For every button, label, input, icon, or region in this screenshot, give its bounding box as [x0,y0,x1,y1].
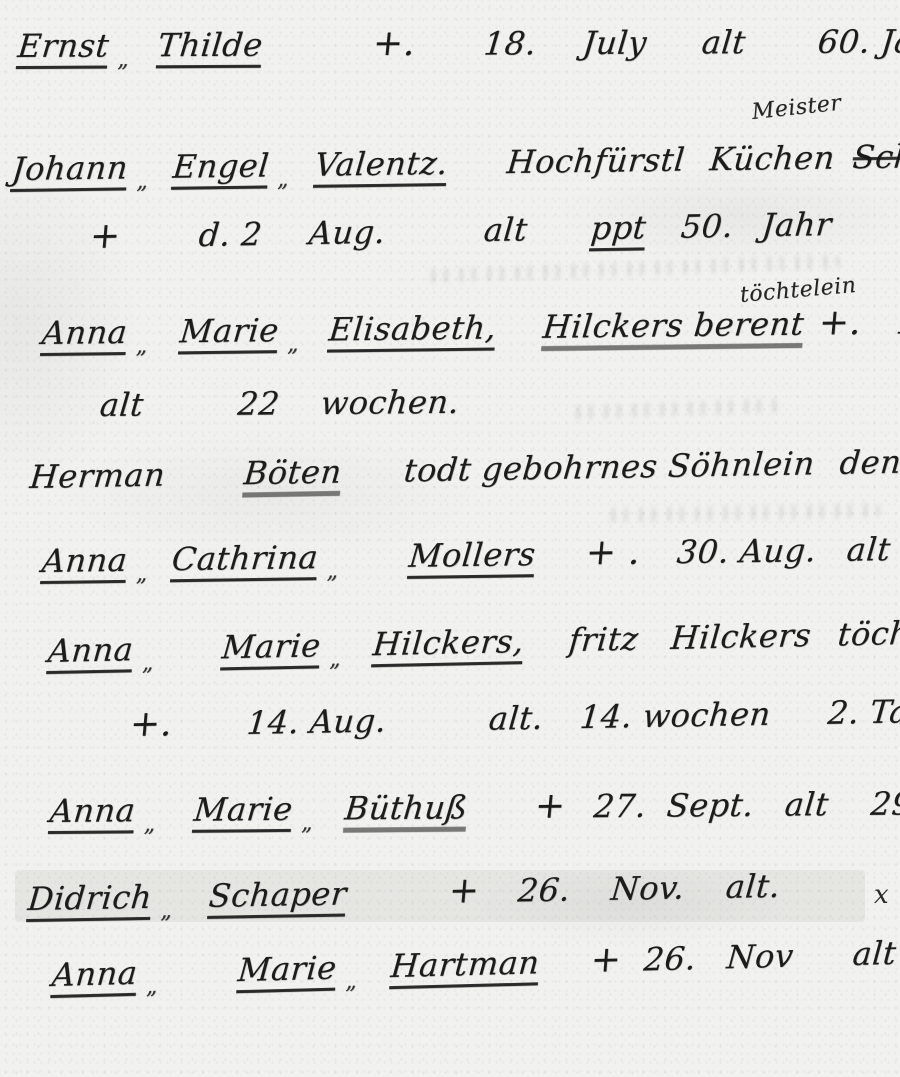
ditto-mark: „ [143,812,155,837]
death-cross: +. [817,302,863,344]
word: Nov [725,937,795,977]
word: 30. Aug. [676,531,819,571]
name-word: Mollers [407,535,537,575]
death-cross: + [88,215,122,257]
register-line: Anna„ Cathrina„ Mollers + . 30. Aug. alt… [42,526,900,581]
name-word: Hilckers, [372,622,526,663]
word: 60. Jahr [816,22,900,61]
ditto-mark: „ [287,332,299,357]
word: töchtelein [837,612,900,654]
register-line: Herman Böten todt gebohrnes Söhnlein den… [30,440,900,496]
name-word: Böten [242,453,343,493]
word: Küchen [708,138,836,178]
word: 22 [237,384,282,422]
ditto-mark: „ [136,169,148,194]
word: alt [851,934,898,973]
name-word: Herman [28,456,166,496]
word: 2. Tage [826,692,900,732]
name-word: Cathrina [170,538,320,578]
name-word: Engel [171,146,271,185]
ditto-mark: „ [145,974,158,999]
death-cross: +. [128,703,174,745]
margin-mark-x: x [874,880,889,910]
name-word: Didrich [26,878,153,918]
name-word: Anna [51,954,139,994]
name-word: Thilde [156,26,265,65]
name-word: Anna [46,630,135,670]
name-word: Hilckers [670,616,814,657]
ditto-mark: „ [141,651,153,676]
bleedthrough-smudge [565,398,785,420]
margin-note: Meister [751,91,843,125]
ditto-mark: „ [135,334,147,359]
word: todt gebohrnes Söhnlein [402,444,816,489]
word: 26. [517,870,573,909]
word: Jahr [760,205,833,244]
register-line: Anna„ Marie„ Elisabeth, Hilckers berent … [42,301,900,353]
death-cross: +. [371,23,418,64]
death-cross: + [589,939,623,981]
word: alt. [724,867,782,906]
ditto-mark: „ [117,47,129,72]
word: alt 70. Jah [846,528,900,568]
ditto-mark: „ [135,562,147,587]
name-word: Johann [10,148,129,188]
word: alt [483,210,530,249]
word: d. 2 [198,215,265,254]
ditto-mark: „ [277,167,289,192]
ditto-mark: „ [329,647,341,672]
ditto-mark: „ [301,811,313,836]
register-line: Anna„ Marie„ Hartman + 26. Nov alt [51,932,896,995]
register-line: Ernst„ Thilde +. 18. July alt 60. Jahr [18,20,900,66]
word: alt [783,785,830,823]
death-cross: + . [584,532,642,574]
word: 14. Aug. [246,701,389,741]
word: alt. [488,699,546,738]
name-word: Anna [48,791,137,830]
name-word: Schaper [207,874,348,914]
register-page: Ernst„ Thilde +. 18. July alt 60. Jahr M… [0,0,900,1077]
name-word: Anna [40,541,129,580]
word: Nov. [610,869,687,908]
name-word: Marie [236,948,338,989]
death-cross: + [533,785,568,826]
word: 27. [592,787,648,825]
word: 26. [642,939,697,978]
name-word: Marie [178,311,280,350]
death-cross: + [447,870,481,912]
word: Sept. [665,786,756,825]
word: 29. Jah [869,784,900,823]
name-word: Valentz. [314,144,450,184]
name-word: Hilckers berent [542,305,807,346]
struck-word: Schreiber [851,136,900,176]
register-line: alt 22 wochen. [100,383,459,424]
name-word: Marie [220,626,322,666]
name-word: Büthuß [344,788,470,827]
word: ppt [589,208,648,247]
register-line: Anna„ Marie„ Büthuß + 27. Sept. alt 29. … [50,782,900,831]
register-line: + d. 2 Aug. alt ppt 50. Jahr [90,203,832,257]
ditto-mark: „ [345,969,358,994]
name-word: Elisabeth, [328,308,499,348]
name-word: Marie [192,790,294,829]
ditto-mark: „ [326,559,338,584]
name-word: Hartman [390,943,542,985]
word: 14. wochen [579,695,773,736]
word: alt [700,23,747,61]
word: alt [98,386,145,424]
name-word: Ernst [16,27,111,65]
word: den 30. Aug. [838,440,900,482]
ditto-mark: „ [160,898,172,923]
word: wochen. [319,383,461,422]
word: July [582,24,650,62]
word: Hochfürstl [505,141,686,182]
word: 18. [483,24,539,62]
register-line: Johann„ Engel„ Valentz. Hochfürstl Küche… [12,135,900,188]
bleedthrough-smudge [600,504,880,523]
register-line: +. 14. Aug. alt. 14. wochen 2. Tage [130,690,900,745]
name-word: Anna [40,313,129,352]
name-word: fritz [567,620,640,660]
word: 50. [679,207,735,246]
word: Aug. [308,213,388,252]
register-line: Anna„ Marie„ Hilckers, fritz Hilckers tö… [48,612,900,670]
